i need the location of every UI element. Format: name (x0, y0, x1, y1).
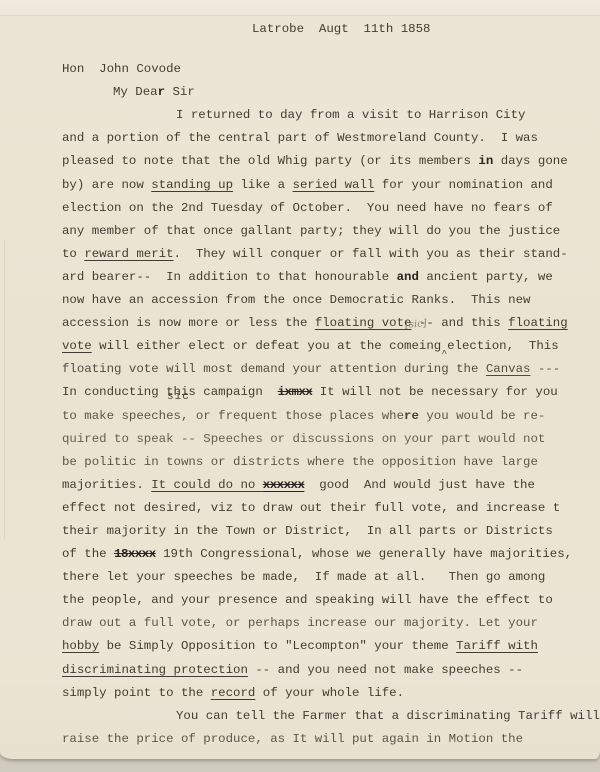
paper-left-crease (4, 240, 5, 540)
letter-line: In conducting this campaign ixmxx It wil… (62, 381, 587, 404)
letter-line: Hon John Covode (62, 58, 587, 81)
letter-line: majorities. It could do no xxxxxx good A… (62, 474, 587, 497)
letter-line: You can tell the Farmer that a discrimin… (176, 705, 587, 728)
letter-line: draw out a full vote, or perhaps increas… (62, 612, 587, 635)
letter-line: simply point to the record of your whole… (62, 682, 587, 705)
letter-body: Latrobe Augt 11th 1858Hon John CovodeMy … (62, 0, 587, 751)
letter-line: and a portion of the central part of Wes… (62, 127, 587, 150)
typed-sic-annotation: sic (167, 391, 190, 403)
letter-line: floating vote will most demand your atte… (62, 358, 587, 381)
letter-line: vote will either elect or defeat you at … (62, 335, 587, 358)
letter-line: I returned to day from a visit to Harris… (176, 104, 587, 127)
letter-line: their majority in the Town or District, … (62, 520, 587, 543)
letter-line: to reward merit. They will conquer or fa… (62, 243, 587, 266)
letter-line: be politic in towns or districts where t… (62, 451, 587, 474)
letter-line: election on the 2nd Tuesday of October. … (62, 197, 587, 220)
letter-line: discriminating protection -- and you nee… (62, 659, 587, 682)
letter-line: effect not desired, viz to draw out thei… (62, 497, 587, 520)
letter-line: pleased to note that the old Whig party … (62, 150, 587, 173)
letter-line: to make speeches, or frequent those plac… (62, 405, 587, 428)
letter-line: the people, and your presence and speaki… (62, 589, 587, 612)
letter-line: Latrobe Augt 11th 1858 (252, 18, 587, 41)
letter-line: hobby be Simply Opposition to "Lecompton… (62, 635, 587, 658)
letter-line: by) are now standing up like a seried wa… (62, 174, 587, 197)
handwritten-sic-annotation: [sic] (405, 318, 427, 330)
letter-line: of the 18xxxx 19th Congressional, whose … (62, 543, 587, 566)
letter-line: any member of that once gallant party; t… (62, 220, 587, 243)
letter-line: there let your speeches be made, If made… (62, 566, 587, 589)
letter-line: quired to speak -- Speeches or discussio… (62, 428, 587, 451)
letter-line: accession is now more or less the floati… (62, 312, 587, 335)
letter-line: ard bearer-- In addition to that honoura… (62, 266, 587, 289)
letter-line: My Dear Sir (113, 81, 587, 104)
letter-line: raise the price of produce, as It will p… (62, 728, 587, 751)
letter-line: now have an accession from the once Demo… (62, 289, 587, 312)
